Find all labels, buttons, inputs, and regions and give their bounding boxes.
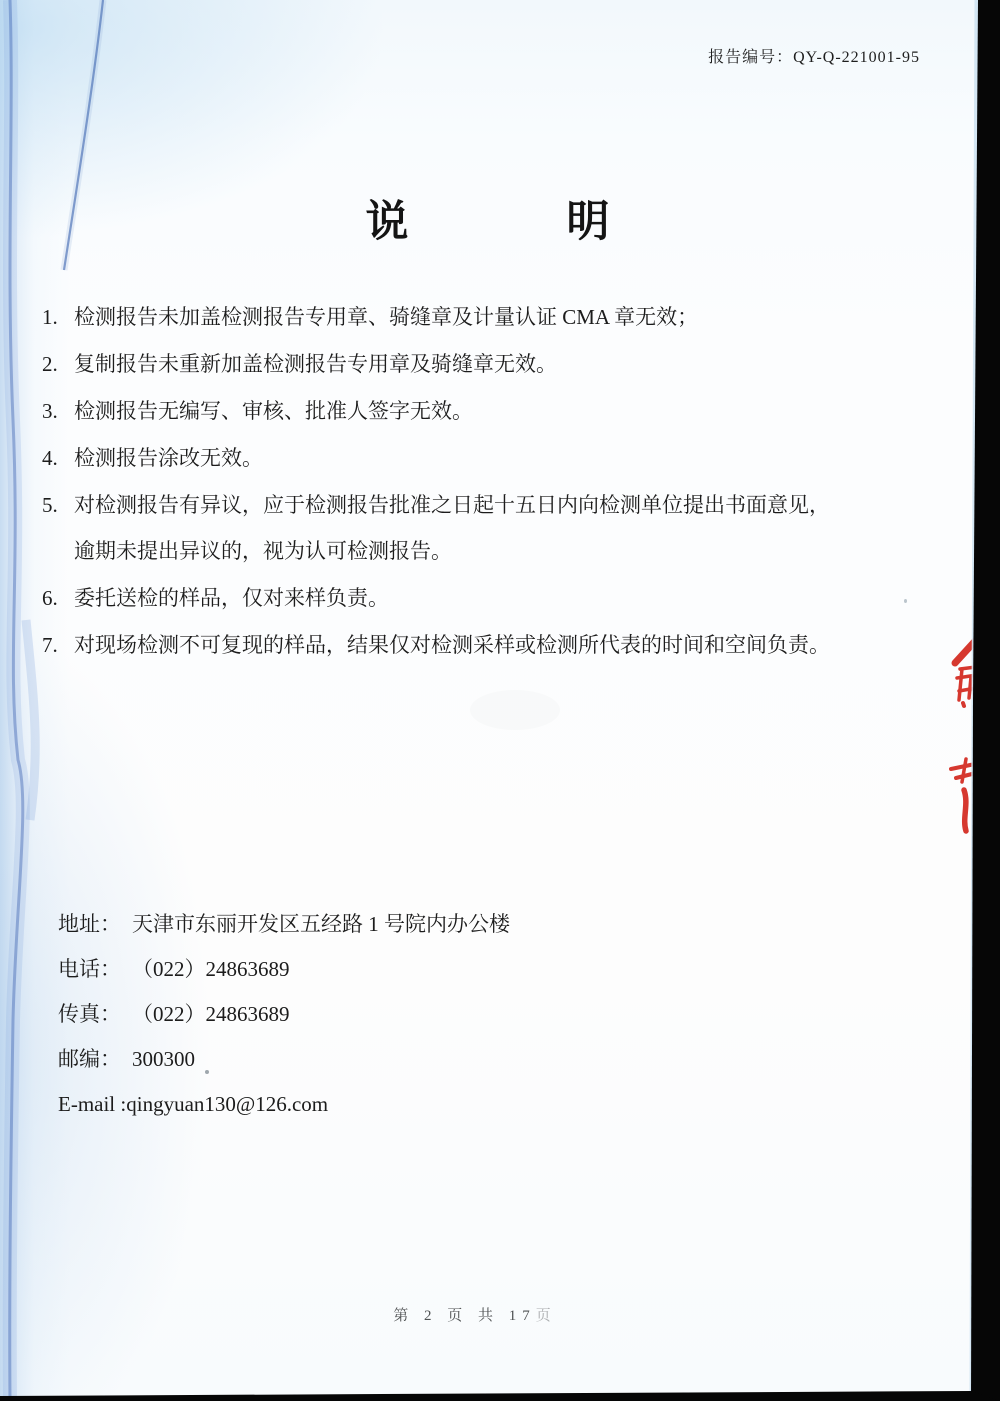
email-value: qingyuan130@126.com [126,1090,328,1118]
note-number: 1. [42,302,74,332]
note-item-1: 1. 检测报告未加盖检测报告专用章、骑缝章及计量认证 CMA 章无效； [42,302,914,332]
note-text-line1: 对检测报告有异议，应于检测报告批准之日起十五日内向检测单位提出书面意见， [74,493,830,517]
contact-block: 地址： 天津市东丽开发区五经路 1 号院内办公楼 电话： （022）248636… [58,910,758,1135]
phone-label: 电话： [58,955,132,983]
note-item-3: 3. 检测报告无编写、审核、批准人签字无效。 [42,396,914,426]
report-number-label: 报告编号： [708,49,793,66]
note-item-5: 5. 对检测报告有异议，应于检测报告批准之日起十五日内向检测单位提出书面意见，逾… [42,490,914,566]
note-item-6: 6. 委托送检的样品，仅对来样负责。 [42,583,914,613]
note-text: 检测报告未加盖检测报告专用章、骑缝章及计量认证 CMA 章无效； [74,302,914,332]
note-text: 检测报告无编写、审核、批准人签字无效。 [74,396,914,426]
contact-email-row: E-mail : qingyuan130@126.com [58,1090,758,1135]
notes-list: 1. 检测报告未加盖检测报告专用章、骑缝章及计量认证 CMA 章无效； 2. 复… [42,302,914,677]
note-text: 复制报告未重新加盖检测报告专用章及骑缝章无效。 [74,349,914,379]
fax-label: 传真： [58,1000,132,1028]
report-number-value: QY-Q-221001-95 [793,49,920,66]
contact-address-row: 地址： 天津市东丽开发区五经路 1 号院内办公楼 [58,910,758,955]
title-char-1: 说 [366,188,409,249]
contact-zip-row: 邮编： 300300 [58,1045,758,1090]
note-item-2: 2. 复制报告未重新加盖检测报告专用章及骑缝章无效。 [42,349,914,379]
scan-speck [904,599,907,603]
note-text: 检测报告涂改无效。 [74,443,914,473]
note-number: 3. [42,396,74,426]
page-number-text: 第 2 页 共 17 [393,1308,536,1324]
note-text: 委托送检的样品，仅对来样负责。 [74,583,914,613]
zip-label: 邮编： [58,1045,132,1073]
note-item-7: 7. 对现场检测不可复现的样品，结果仅对检测采样或检测所代表的时间和空间负责。 [42,630,914,660]
page-number-footer: 第 2 页 共 17页 [0,1304,950,1325]
note-text: 对现场检测不可复现的样品，结果仅对检测采样或检测所代表的时间和空间负责。 [74,630,914,660]
note-text: 对检测报告有异议，应于检测报告批准之日起十五日内向检测单位提出书面意见，逾期未提… [74,490,914,566]
page-title: 说 明 [0,188,975,249]
note-number: 7. [42,630,74,660]
scan-smudge [470,690,560,730]
note-number: 5. [42,490,74,566]
note-number: 6. [42,583,74,613]
fax-value: （022）24863689 [132,1000,290,1028]
contact-fax-row: 传真： （022）24863689 [58,1000,758,1045]
contact-phone-row: 电话： （022）24863689 [58,955,758,1000]
page-number-tail: 页 [536,1308,557,1324]
note-item-4: 4. 检测报告涂改无效。 [42,443,914,473]
report-number: 报告编号：QY-Q-221001-95 [708,44,920,67]
title-char-2: 明 [567,188,610,249]
address-label: 地址： [58,910,132,938]
zip-value: 300300 [132,1045,195,1073]
note-number: 2. [42,349,74,379]
note-number: 4. [42,443,74,473]
scan-speck [205,1070,209,1074]
note-text-line2: 逾期未提出异议的，视为认可检测报告。 [74,536,914,566]
email-label: E-mail : [58,1090,126,1118]
address-value: 天津市东丽开发区五经路 1 号院内办公楼 [132,910,510,938]
scanned-document-page: 报告编号：QY-Q-221001-95 说 明 1. 检测报告未加盖检测报告专用… [0,0,1000,1401]
phone-value: （022）24863689 [132,955,290,983]
